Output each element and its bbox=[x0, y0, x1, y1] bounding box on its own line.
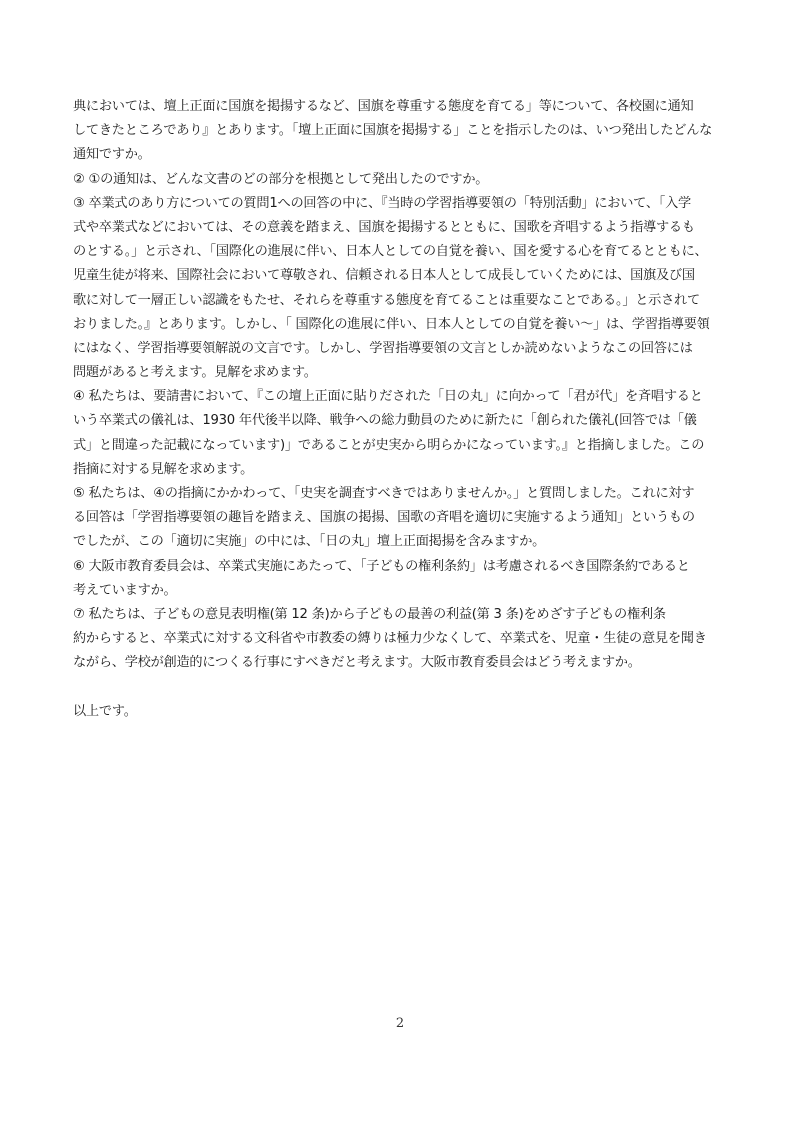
question-5-line: ⑤ 私たちは、④の指摘にかかわって、「史実を調査すべきではありませんか。」と質問… bbox=[73, 482, 733, 506]
text-line: いう卒業式の儀礼は、1930 年代後半以降、戦争への総力動員のために新たに「創ら… bbox=[73, 409, 733, 433]
text-line: ながら、学校が創造的につくる行事にすべきだと考えます。大阪市教育委員会はどう考え… bbox=[73, 651, 733, 675]
text-line: 典においては、壇上正面に国旗を掲揚するなど、国旗を尊重する態度を育てる」等につい… bbox=[73, 95, 733, 119]
question-6-line: ⑥ 大阪市教育委員会は、卒業式実施にあたって、「子どもの権利条約」は考慮されるべ… bbox=[73, 555, 733, 579]
text-line: る回答は「学習指導要領の趣旨を踏まえ、国旗の掲揚、国歌の斉唱を適切に実施するよう… bbox=[73, 506, 733, 530]
text-line: 約からすると、卒業式に対する文科省や市教委の縛りは極力少なくして、卒業式を、児童… bbox=[73, 627, 733, 651]
closing-text: 以上です。 bbox=[73, 700, 733, 724]
text-line: にはなく、学習指導要領解説の文言です。しかし、学習指導要領の文言としか読めないよ… bbox=[73, 337, 733, 361]
text-line: 歌に対して一層正しい認識をもたせ、それらを尊重する態度を育てることは重要なことで… bbox=[73, 289, 733, 313]
text-line: 指摘に対する見解を求めます。 bbox=[73, 458, 733, 482]
text-line: でしたが、この「適切に実施」の中には、「日の丸」壇上正面掲揚を含みますか。 bbox=[73, 530, 733, 554]
question-7-line: ⑦ 私たちは、子どもの意見表明権(第 12 条)から子どもの最善の利益(第 3 … bbox=[73, 603, 733, 627]
text-line: してきたところであり』とあります。「壇上正面に国旗を掲揚する」ことを指示したのは… bbox=[73, 119, 733, 143]
text-line: 問題があると考えます。見解を求めます。 bbox=[73, 361, 733, 385]
text-line: 通知ですか。 bbox=[73, 143, 733, 167]
document-body: 典においては、壇上正面に国旗を掲揚するなど、国旗を尊重する態度を育てる」等につい… bbox=[73, 95, 733, 724]
question-4-line: ④ 私たちは、要請書において、『この壇上正面に貼りだされた「日の丸」に向かって「… bbox=[73, 385, 733, 409]
text-line: 式」と間違った記載になっています)」であることが史実から明らかになっています。』… bbox=[73, 434, 733, 458]
text-line: 児童生徒が将来、国際社会において尊敬され、信頼される日本人として成長していくため… bbox=[73, 264, 733, 288]
page-number: 2 bbox=[0, 1016, 800, 1031]
text-line: おりました。』とあります。しかし、「 国際化の進展に伴い、日本人としての自覚を養… bbox=[73, 313, 733, 337]
text-line: 考えていますか。 bbox=[73, 579, 733, 603]
question-3-line: ③ 卒業式のあり方についての質問1への回答の中に、『当時の学習指導要領の「特別活… bbox=[73, 192, 733, 216]
paragraph-spacer bbox=[73, 676, 733, 700]
text-line: のとする。」と示され、「国際化の進展に伴い、日本人としての自覚を養い、国を愛する… bbox=[73, 240, 733, 264]
text-line: 式や卒業式などにおいては、その意義を踏まえ、国旗を掲揚するとともに、国歌を斉唱す… bbox=[73, 216, 733, 240]
document-page: 典においては、壇上正面に国旗を掲揚するなど、国旗を尊重する態度を育てる」等につい… bbox=[0, 0, 800, 1132]
question-2-line: ② ①の通知は、どんな文書のどの部分を根拠として発出したのですか。 bbox=[73, 168, 733, 192]
